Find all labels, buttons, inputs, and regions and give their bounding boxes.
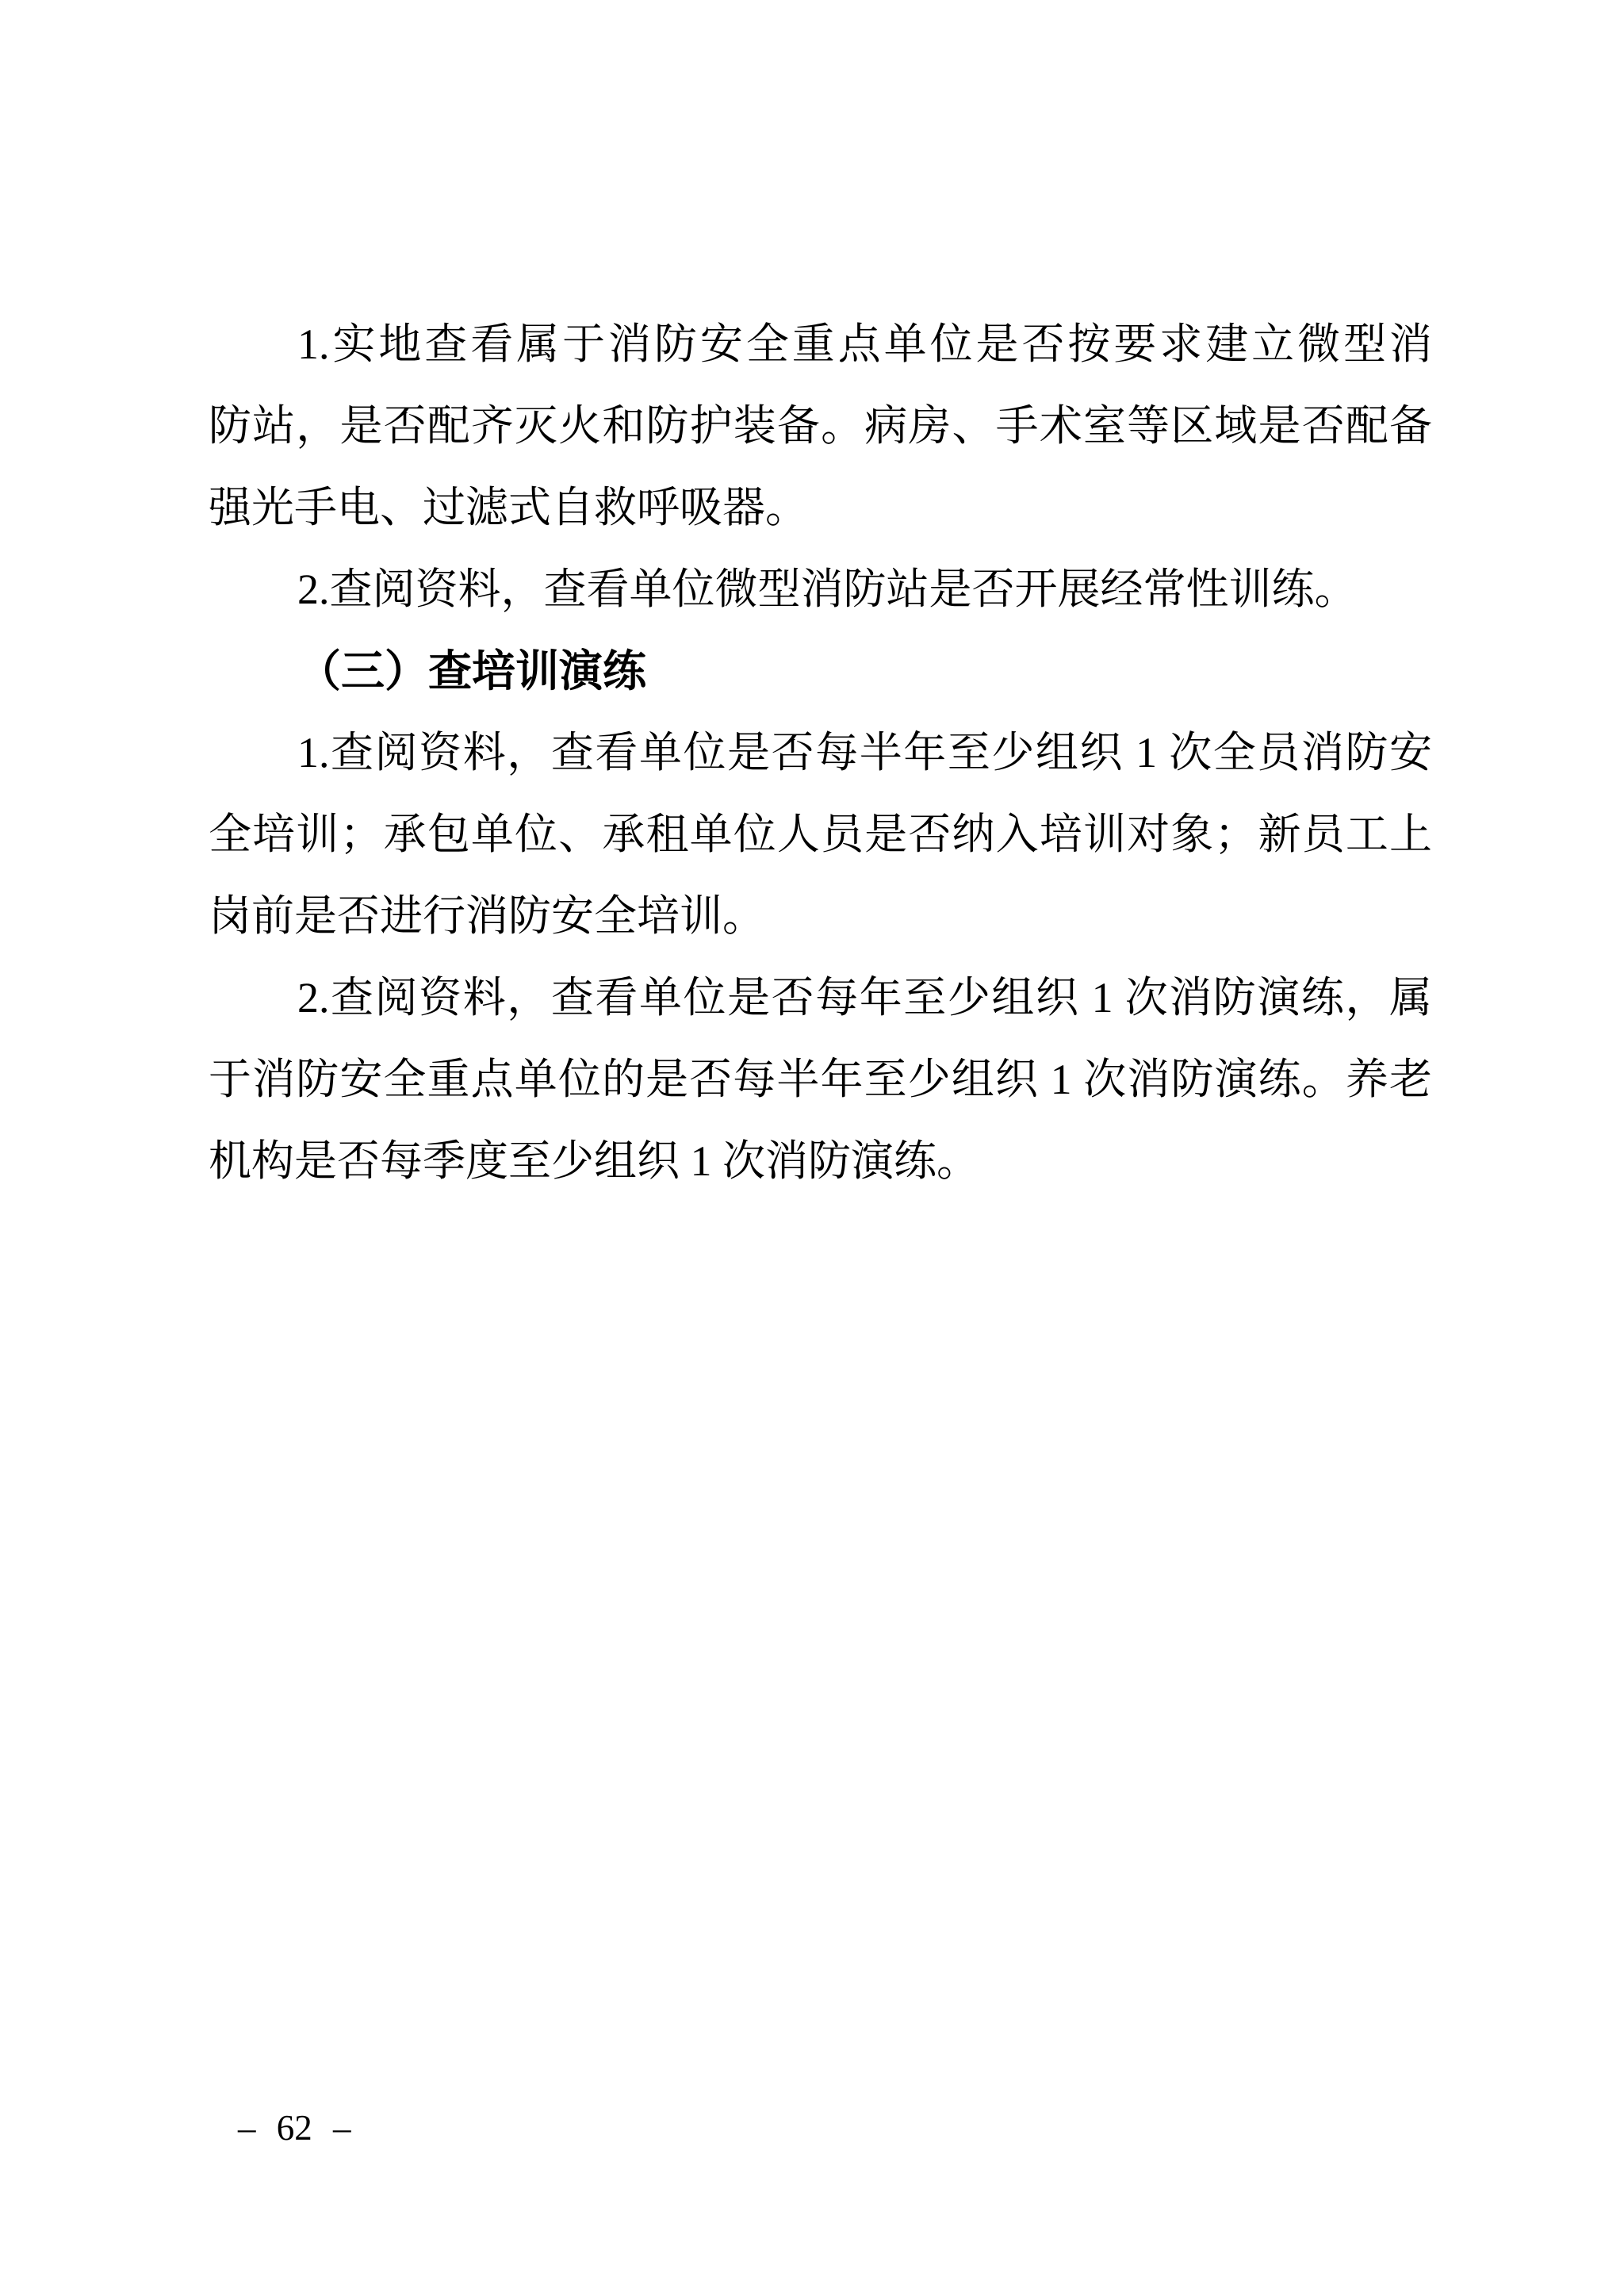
document-line: 于消防安全重点单位的是否每半年至少组织 1 次消防演练。养老 <box>209 1039 1432 1121</box>
page-number: – 62 – <box>238 2104 351 2152</box>
document-line: 2.查阅资料，查看单位微型消防站是否开展经常性训练。 <box>209 549 1432 631</box>
document-body: 1.实地查看属于消防安全重点单位是否按要求建立微型消 防站，是否配齐灭火和防护装… <box>209 304 1432 1202</box>
document-line: 岗前是否进行消防安全培训。 <box>209 876 1432 957</box>
document-line: 全培训；承包单位、承租单位人员是否纳入培训对象；新员工上 <box>209 794 1432 876</box>
document-page: 1.实地查看属于消防安全重点单位是否按要求建立微型消 防站，是否配齐灭火和防护装… <box>0 0 1624 2296</box>
document-line: 机构是否每季度至少组织 1 次消防演练。 <box>209 1121 1432 1202</box>
document-line: 1.实地查看属于消防安全重点单位是否按要求建立微型消 <box>209 304 1432 385</box>
document-line: 强光手电、过滤式自救呼吸器。 <box>209 467 1432 549</box>
document-line: 2.查阅资料，查看单位是否每年至少组织 1 次消防演练，属 <box>209 957 1432 1039</box>
section-heading: （三）查培训演练 <box>209 631 1432 712</box>
document-line: 防站，是否配齐灭火和防护装备。病房、手术室等区域是否配备 <box>209 385 1432 467</box>
document-line: 1.查阅资料，查看单位是否每半年至少组织 1 次全员消防安 <box>209 712 1432 794</box>
